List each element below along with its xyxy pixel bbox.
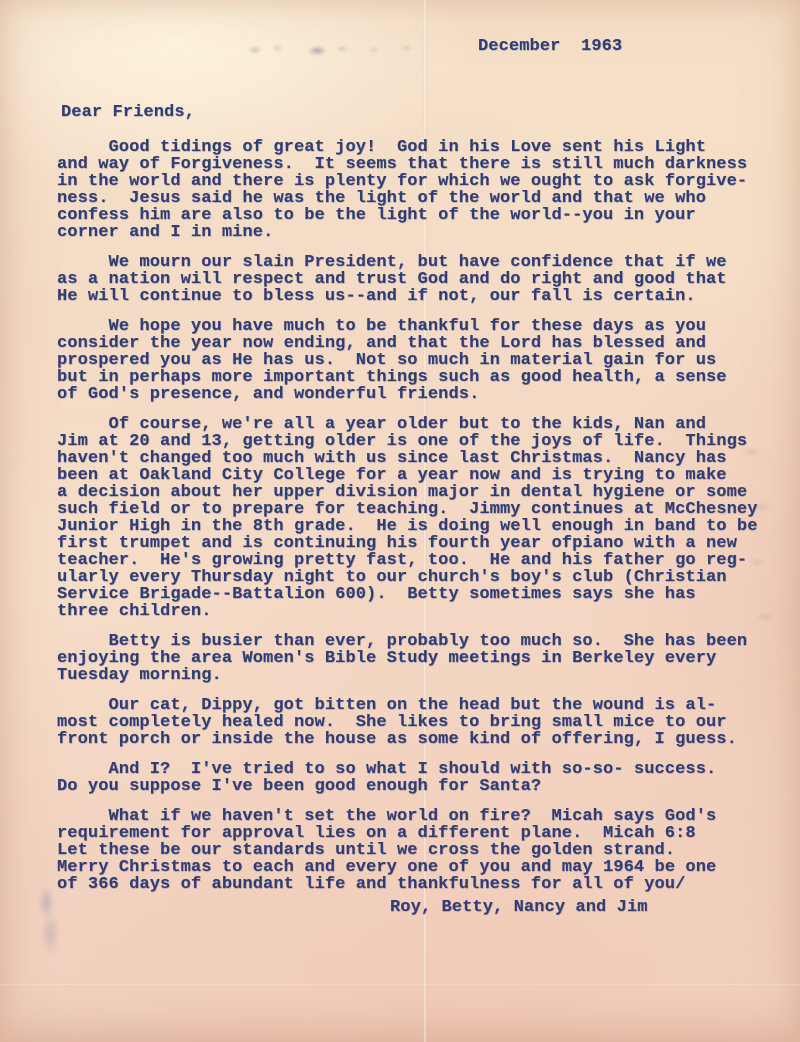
letter-date: December 1963 <box>478 38 622 55</box>
salutation: Dear Friends, <box>61 104 195 121</box>
paragraph: We hope you have much to be thankful for… <box>57 318 767 403</box>
paragraph: And I? I've tried to so what I should wi… <box>57 761 767 795</box>
signature: Roy, Betty, Nancy and Jim <box>390 899 648 916</box>
paragraph: What if we haven't set the world on fire… <box>57 808 767 893</box>
horizontal-fold-crease <box>0 984 800 987</box>
faded-ink-smudge <box>232 40 422 58</box>
paragraph: Good tidings of great joy! God in his Lo… <box>57 139 767 241</box>
letter-page: December 1963 Dear Friends, Good tidings… <box>0 0 800 1042</box>
paragraph: Betty is busier than ever, probably too … <box>57 633 767 684</box>
paragraph: Our cat, Dippy, got bitten on the head b… <box>57 697 767 748</box>
paragraph: Of course, we're all a year older but to… <box>57 416 767 620</box>
paragraph: We mourn our slain President, but have c… <box>57 254 767 305</box>
letter-body: Good tidings of great joy! God in his Lo… <box>57 139 767 906</box>
